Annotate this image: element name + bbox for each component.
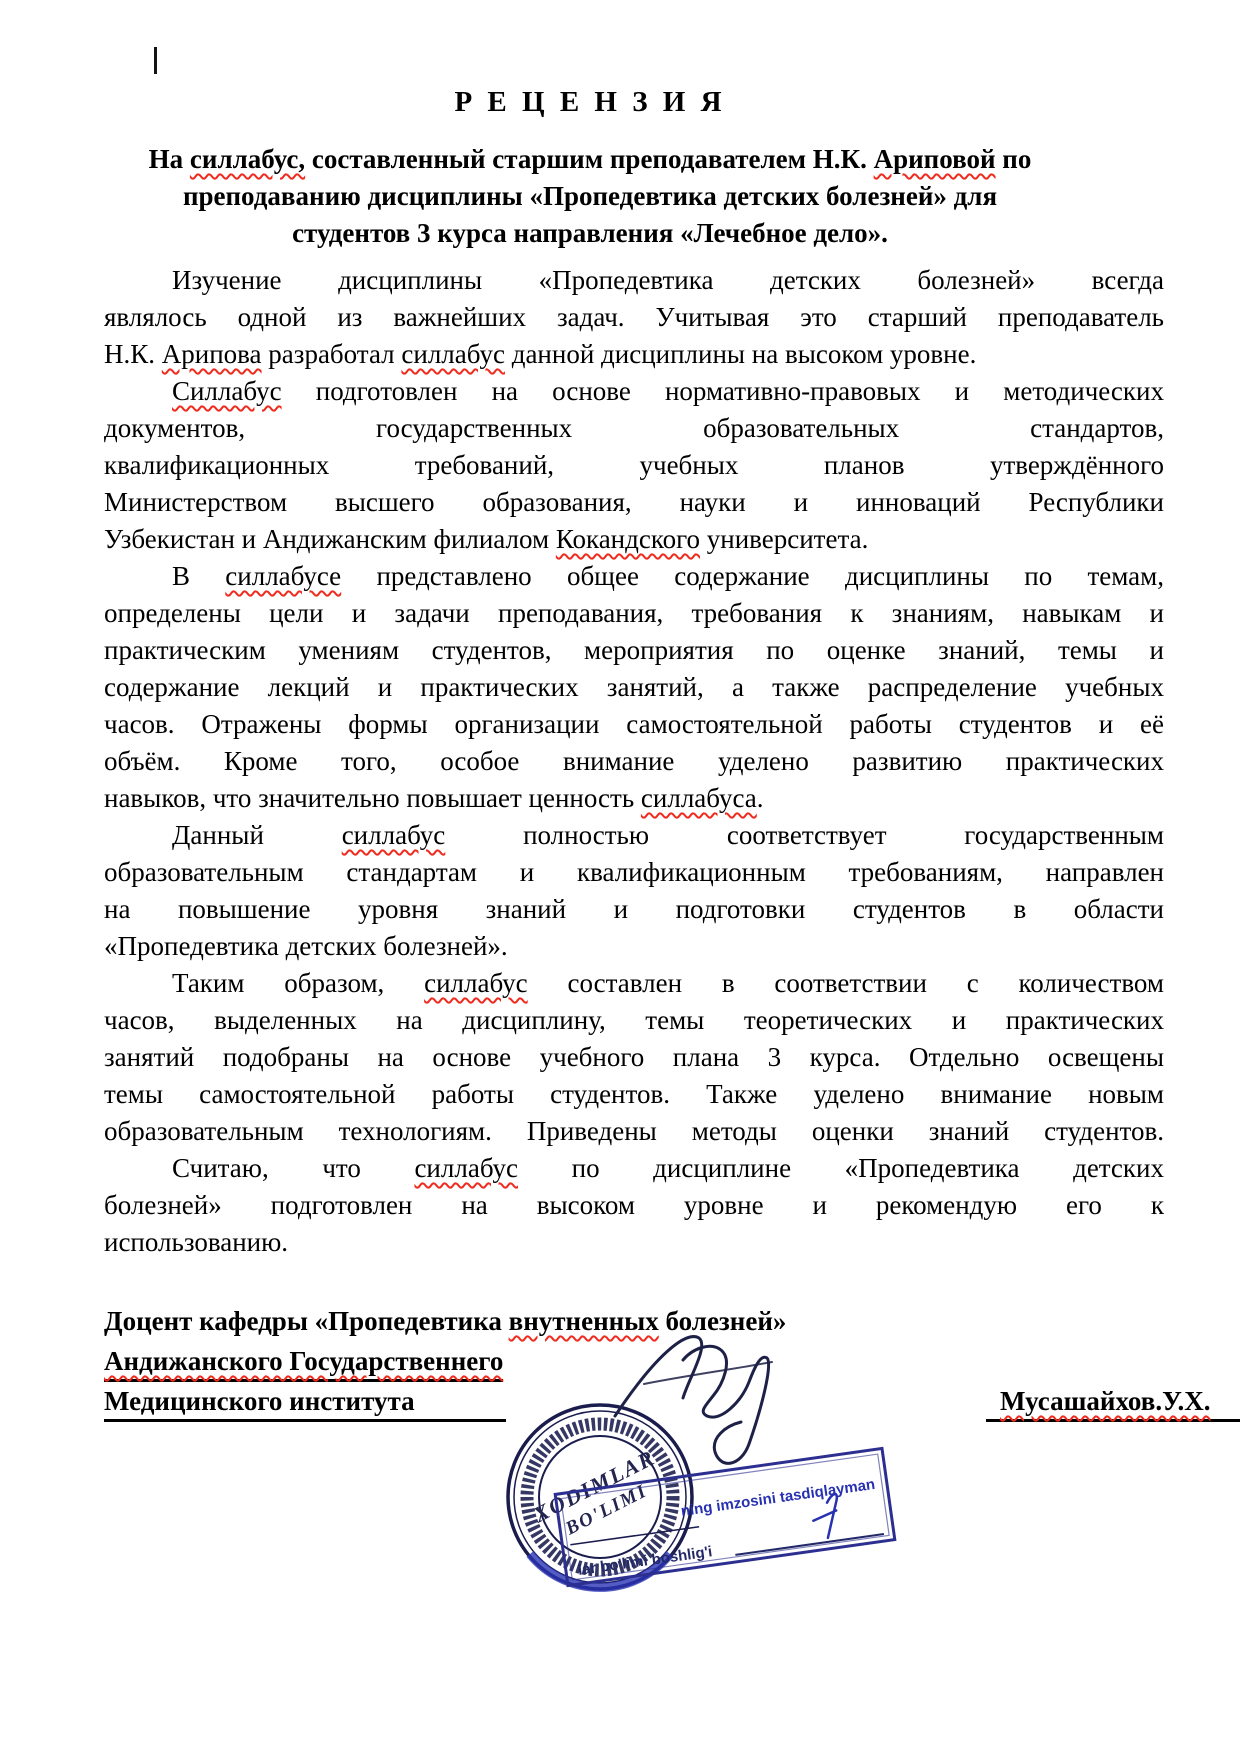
body-line: темы самостоятельной работы студентов. Т… — [104, 1076, 1164, 1113]
handwritten-signature — [615, 1337, 772, 1464]
text-run: Узбекистан и Андижанским филиалом — [104, 524, 556, 554]
text-run: Н.К. — [104, 339, 162, 369]
text-run: темы самостоятельной работы студентов. Т… — [104, 1079, 1164, 1109]
body-line: часов. Отражены формы организации самост… — [104, 706, 1164, 743]
spell-error-text: силлабус — [342, 820, 446, 850]
text-run: являлось одной из важнейших задач. Учиты… — [104, 302, 1164, 332]
body-line: квалификационных требований, учебных пла… — [104, 447, 1164, 484]
text-run: преподаванию дисциплины «Пропедевтика де… — [183, 181, 997, 211]
body-line: часов, выделенных на дисциплину, темы те… — [104, 1002, 1164, 1039]
body-line: образовательным стандартам и квалификаци… — [104, 854, 1164, 891]
body-line: практическим умениям студентов, мероприя… — [104, 632, 1164, 669]
text-run: представлено общее содержание дисциплины… — [341, 561, 1164, 591]
text-run: Таким образом, — [172, 968, 424, 998]
spell-error-text: силлабусе — [225, 561, 341, 591]
text-run: по — [996, 144, 1032, 174]
text-run: на повышение уровня знаний и подготовки … — [104, 894, 1164, 924]
text-run: университета. — [700, 524, 868, 554]
text-cursor-mark — [154, 47, 157, 74]
text-run: студентов 3 курса направления «Лечебное … — [292, 218, 888, 248]
body-line: на повышение уровня знаний и подготовки … — [104, 891, 1164, 928]
text-run: болезней» подготовлен на высоком уровне … — [104, 1190, 1164, 1220]
document-subtitle: На силлабус, составленный старшим препод… — [70, 141, 1110, 252]
text-run: практическим умениям студентов, мероприя… — [104, 635, 1164, 665]
body-line: документов, государственных образователь… — [104, 410, 1164, 447]
text-run: часов, выделенных на дисциплину, темы те… — [104, 1005, 1164, 1035]
document-page: Р Е Ц Е Н З И Я На силлабус, составленны… — [0, 0, 1240, 1754]
body-line: Н.К. Арипова разработал силлабус данной … — [104, 336, 1164, 373]
body-line: использованию. — [104, 1224, 1164, 1261]
body-line: Силлабус подготовлен на основе нормативн… — [104, 373, 1164, 410]
body-line: содержание лекций и практических занятий… — [104, 669, 1164, 706]
body-line: Министерством высшего образования, науки… — [104, 484, 1164, 521]
text-run: составленный старшим преподавателем Н.К. — [305, 144, 873, 174]
subtitle-line: преподаванию дисциплины «Пропедевтика де… — [70, 178, 1110, 215]
text-run: документов, государственных образователь… — [104, 413, 1164, 443]
spell-error-text: силлабуса — [641, 783, 757, 813]
rect-stamp-text-1: ning imzosini tasdiqlayman — [680, 1476, 876, 1520]
body-line: Данный силлабус полностью соответствует … — [104, 817, 1164, 854]
body-line: определены цели и задачи преподавания, т… — [104, 595, 1164, 632]
text-run: навыков, что значительно повышает ценнос… — [104, 783, 641, 813]
text-run: полностью соответствует государственным — [445, 820, 1164, 850]
spell-error-text: силлабус, — [190, 144, 305, 174]
body-line: Таким образом, силлабус составлен в соот… — [104, 965, 1164, 1002]
body-line: образовательным технологиям. Приведены м… — [104, 1113, 1164, 1150]
stamp-and-signature-group: XODIMLAR BO'LIMI ning imzosini tasdiqlay… — [430, 1318, 900, 1648]
text-run: Министерством высшего образования, науки… — [104, 487, 1164, 517]
text-run: образовательным стандартам и квалификаци… — [104, 857, 1164, 887]
text-run: . — [757, 783, 764, 813]
spell-error-text: силлабус — [414, 1153, 518, 1183]
text-run: квалификационных требований, учебных пла… — [104, 450, 1164, 480]
body-line: Считаю, что силлабус по дисциплине «Проп… — [104, 1150, 1164, 1187]
body-line: Узбекистан и Андижанским филиалом Коканд… — [104, 521, 1164, 558]
text-run: объём. Кроме того, особое внимание уделе… — [104, 746, 1164, 776]
text-run: занятий подобраны на основе учебного пла… — [104, 1042, 1164, 1072]
text-run: образовательным технологиям. Приведены м… — [104, 1116, 1164, 1146]
text-run: определены цели и задачи преподавания, т… — [104, 598, 1164, 628]
body-line: являлось одной из важнейших задач. Учиты… — [104, 299, 1164, 336]
document-title: Р Е Ц Е Н З И Я — [70, 86, 1110, 119]
text-run: На — [149, 144, 190, 174]
body-line: занятий подобраны на основе учебного пла… — [104, 1039, 1164, 1076]
text-run: Изучение дисциплины «Пропедевтика детски… — [172, 265, 1164, 295]
spell-error-text: Силлабус — [172, 376, 282, 406]
subtitle-line: На силлабус, составленный старшим препод… — [70, 141, 1110, 178]
text-run: часов. Отражены формы организации самост… — [104, 709, 1164, 739]
spell-error-text: Ариповой — [874, 144, 996, 174]
text-run: «Пропедевтика детских болезней». — [104, 931, 508, 961]
text-run: данной дисциплины на высоком уровне. — [505, 339, 976, 369]
body-line: Изучение дисциплины «Пропедевтика детски… — [104, 262, 1164, 299]
body-line: «Пропедевтика детских болезней». — [104, 928, 1164, 965]
subtitle-line: студентов 3 курса направления «Лечебное … — [70, 215, 1110, 252]
spell-error-text: Арипова — [162, 339, 262, 369]
spell-error-text: Кокандского — [556, 524, 700, 554]
text-run: использованию. — [104, 1227, 288, 1257]
reviewer-name: Мусашайхов.У.Х. — [986, 1386, 1240, 1422]
text-run: В — [172, 561, 225, 591]
text-run: разработал — [262, 339, 402, 369]
body-line: объём. Кроме того, особое внимание уделе… — [104, 743, 1164, 780]
document-body: Изучение дисциплины «Пропедевтика детски… — [104, 262, 1164, 1261]
spell-error-text: силлабус — [401, 339, 505, 369]
text-run: содержание лекций и практических занятий… — [104, 672, 1164, 702]
text-run: Считаю, что — [172, 1153, 414, 1183]
text-run: Данный — [172, 820, 342, 850]
spell-error-text: Мусашайхов.У.Х. — [1000, 1386, 1211, 1416]
body-line: В силлабусе представлено общее содержани… — [104, 558, 1164, 595]
text-run: составлен в соответствии с количеством — [528, 968, 1164, 998]
text-run: по дисциплине «Пропедевтика детских — [518, 1153, 1164, 1183]
body-line: болезней» подготовлен на высоком уровне … — [104, 1187, 1164, 1224]
body-line: навыков, что значительно повышает ценнос… — [104, 780, 1164, 817]
spell-error-text: силлабус — [424, 968, 528, 998]
text-run: подготовлен на основе нормативно-правовы… — [282, 376, 1164, 406]
